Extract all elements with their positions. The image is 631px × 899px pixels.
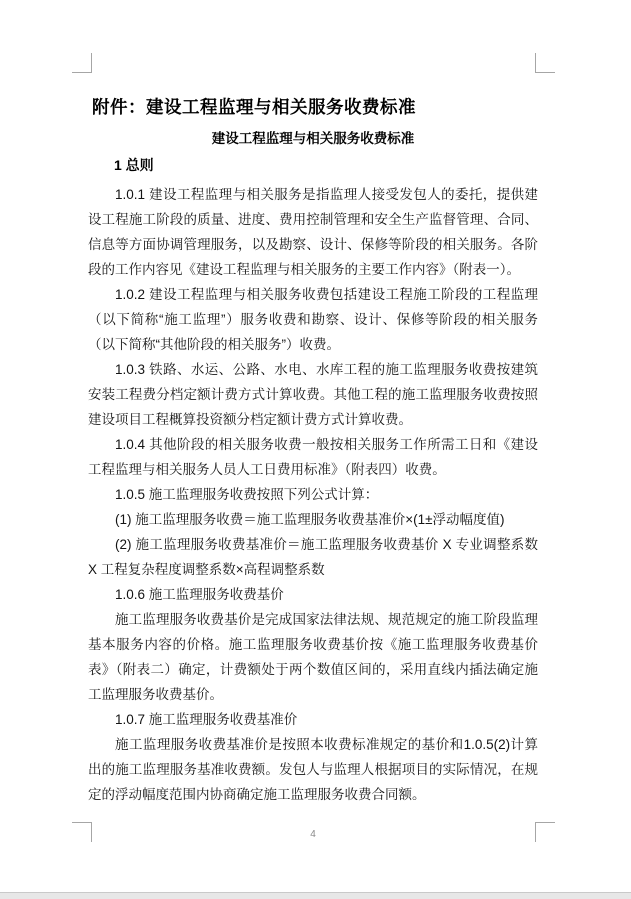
clause-1-0-5: 1.0.5 施工监理服务收费按照下列公式计算： xyxy=(88,482,538,507)
clause-1-0-3: 1.0.3 铁路、水运、公路、水电、水库工程的施工监理服务收费按建筑安装工程费分… xyxy=(88,357,538,432)
page-bottom-edge xyxy=(0,892,631,899)
crop-mark-bottom-right xyxy=(535,822,555,842)
clause-1-0-6-body: 施工监理服务收费基价是完成国家法律法规、规范规定的施工阶段监理基本服务内容的价格… xyxy=(88,607,538,707)
page-content: 附件：建设工程监理与相关服务收费标准 建设工程监理与相关服务收费标准 1 总则 … xyxy=(88,95,538,807)
section-heading: 1 总则 xyxy=(88,154,538,176)
clause-1-0-5-formula-2: (2) 施工监理服务收费基准价＝施工监理服务收费基价 X 专业调整系数 X 工程… xyxy=(88,532,538,582)
clause-1-0-6-heading: 1.0.6 施工监理服务收费基价 xyxy=(88,582,538,607)
clause-1-0-5-formula-1: (1) 施工监理服务收费＝施工监理服务收费基准价×(1±浮动幅度值) xyxy=(88,507,538,532)
clause-1-0-7-heading: 1.0.7 施工监理服务收费基准价 xyxy=(88,707,538,732)
attachment-title: 附件：建设工程监理与相关服务收费标准 xyxy=(92,95,538,119)
clause-1-0-1: 1.0.1 建设工程监理与相关服务是指监理人接受发包人的委托，提供建设工程施工阶… xyxy=(88,182,538,282)
document-title: 建设工程监理与相关服务收费标准 xyxy=(88,128,538,149)
clause-1-0-4: 1.0.4 其他阶段的相关服务收费一般按相关服务工作所需工日和《建设工程监理与相… xyxy=(88,432,538,482)
document-page: 附件：建设工程监理与相关服务收费标准 建设工程监理与相关服务收费标准 1 总则 … xyxy=(0,0,631,899)
clause-1-0-2: 1.0.2 建设工程监理与相关服务收费包括建设工程施工阶段的工程监理（以下简称“… xyxy=(88,282,538,357)
crop-mark-top-right xyxy=(535,53,555,73)
crop-mark-top-left xyxy=(72,53,92,73)
page-number: 4 xyxy=(88,828,538,842)
clause-1-0-7-body: 施工监理服务收费基准价是按照本收费标准规定的基价和1.0.5(2)计算出的施工监… xyxy=(88,732,538,807)
